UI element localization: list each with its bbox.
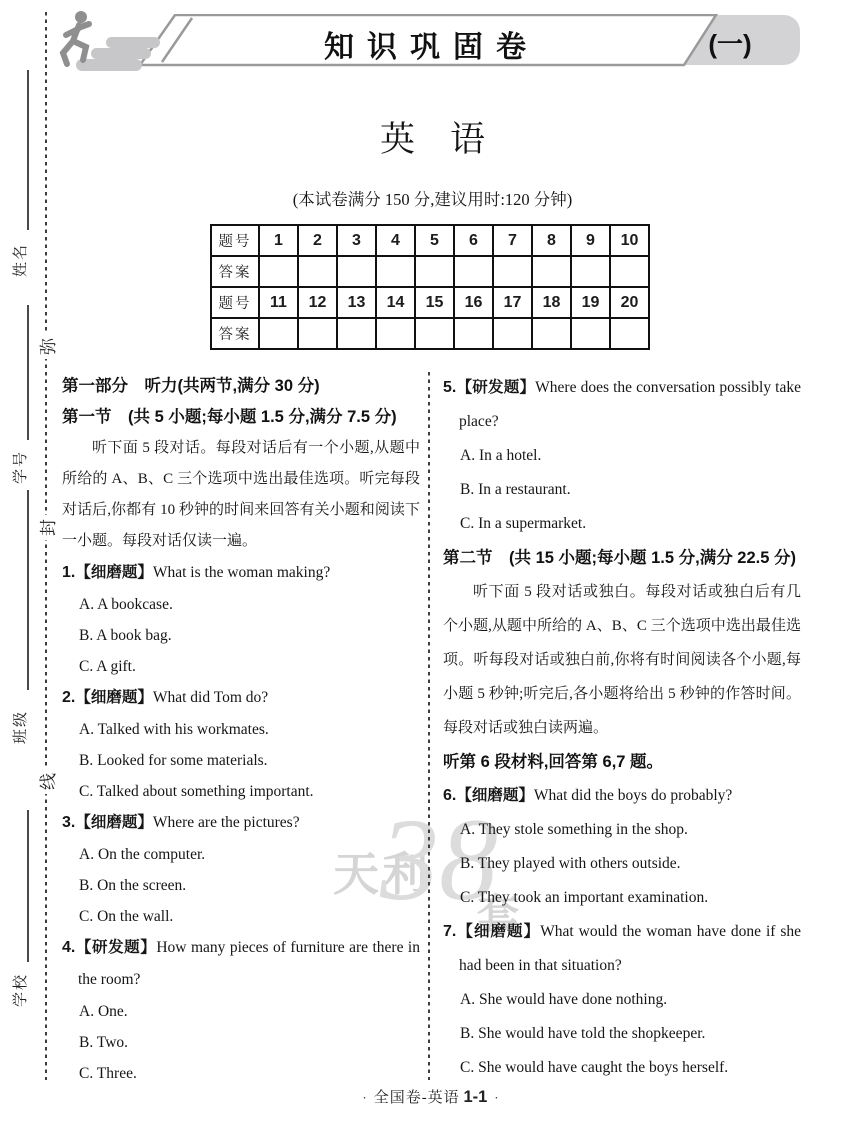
answer-cell	[454, 256, 493, 287]
question-4-option-a: A. One.	[62, 996, 420, 1027]
question-number-cell: 7	[493, 225, 532, 256]
answer-cell	[532, 318, 571, 349]
name-field-label: 姓名	[1, 242, 37, 278]
school-field-label: 学校	[1, 972, 37, 1008]
exam-info-subtitle: (本试卷满分 150 分,建议用时:120 分钟)	[65, 186, 800, 210]
question-2-option-c: C. Talked about something important.	[62, 776, 420, 807]
question-number-cell: 3	[337, 225, 376, 256]
question-7-stem-line: 7.【细磨题】What would the woman have done if…	[443, 915, 801, 983]
question-number: 7.	[443, 923, 456, 940]
footer-dot: ·	[362, 1090, 366, 1105]
question-number-cell: 4	[376, 225, 415, 256]
question-number-cell: 20	[610, 287, 649, 318]
question-number-cell: 18	[532, 287, 571, 318]
question-3-option-a: A. On the computer.	[62, 839, 420, 870]
answer-cell	[493, 256, 532, 287]
answer-cell	[337, 318, 376, 349]
class-field-label: 班级	[1, 709, 37, 745]
question-stem: What did the boys do probably?	[534, 787, 732, 804]
question-4: 4.【研发题】How many pieces of furniture are …	[62, 932, 420, 1089]
question-5-option-c: C. In a supermarket.	[443, 507, 801, 541]
footer-paper-label: 全国卷-英语	[374, 1090, 460, 1106]
question-number-cell: 16	[454, 287, 493, 318]
section2-instructions: 听下面 5 段对话或独白。每段对话或独白后有几个小题,从题中所给的 A、B、C …	[443, 575, 801, 745]
seal-char-xian: 线	[34, 769, 59, 794]
paper-number-badge: (一)	[674, 24, 786, 61]
seal-char-feng: 封	[34, 515, 59, 540]
question-4-stem-line: 4.【研发题】How many pieces of furniture are …	[62, 932, 420, 996]
answer-cell	[454, 318, 493, 349]
question-number-cell: 9	[571, 225, 610, 256]
answer-cell	[298, 318, 337, 349]
question-1-option-b: B. A book bag.	[62, 620, 420, 651]
question-stem: What did Tom do?	[153, 689, 268, 706]
answer-label: 答案	[211, 318, 259, 349]
section1-heading: 第一节 (共 5 小题;每小题 1.5 分,满分 7.5 分)	[62, 402, 420, 433]
question-5-option-b: B. In a restaurant.	[443, 473, 801, 507]
question-number: 3.	[62, 814, 75, 831]
answer-cell	[415, 256, 454, 287]
seal-field-line	[27, 490, 29, 690]
seal-field-line	[27, 810, 29, 962]
question-1-option-a: A. A bookcase.	[62, 589, 420, 620]
question-tag: 【研发题】	[75, 939, 156, 956]
section2-heading: 第二节 (共 15 小题;每小题 1.5 分,满分 22.5 分)	[443, 541, 801, 575]
question-6-option-b: B. They played with others outside.	[443, 847, 801, 881]
question-3-stem-line: 3.【细磨题】Where are the pictures?	[62, 807, 420, 839]
answer-cell	[259, 256, 298, 287]
answer-cell	[298, 256, 337, 287]
seal-field-line	[27, 305, 29, 440]
answer-row: 答案	[211, 318, 649, 349]
question-number-cell: 11	[259, 287, 298, 318]
question-tag: 【细磨题】	[456, 787, 534, 804]
question-7-option-c: C. She would have caught the boys hersel…	[443, 1051, 801, 1085]
question-1-option-c: C. A gift.	[62, 651, 420, 682]
question-5: 5.【研发题】Where does the conversation possi…	[443, 371, 801, 541]
answer-cell	[571, 318, 610, 349]
answer-table: 题号 1 2 3 4 5 6 7 8 9 10 答案 题号 11 12 13 1…	[210, 224, 650, 350]
question-number-label: 题号	[211, 225, 259, 256]
question-number-row: 题号 11 12 13 14 15 16 17 18 19 20	[211, 287, 649, 318]
question-number: 6.	[443, 787, 456, 804]
question-number-cell: 12	[298, 287, 337, 318]
seal-char-mi: 弥	[34, 334, 59, 359]
question-number-cell: 10	[610, 225, 649, 256]
question-2: 2.【细磨题】What did Tom do? A. Talked with h…	[62, 682, 420, 807]
seal-dashed-line	[45, 12, 47, 1080]
question-6: 6.【细磨题】What did the boys do probably? A.…	[443, 779, 801, 915]
question-3-option-c: C. On the wall.	[62, 901, 420, 932]
question-tag: 【细磨题】	[456, 923, 540, 940]
question-tag: 【研发题】	[456, 379, 535, 396]
question-number-cell: 6	[454, 225, 493, 256]
question-number-cell: 13	[337, 287, 376, 318]
exam-banner-title: 知识巩固卷	[145, 22, 705, 62]
question-number-cell: 8	[532, 225, 571, 256]
question-1-stem-line: 1.【细磨题】What is the woman making?	[62, 557, 420, 589]
page-footer: ·全国卷-英语 1-1·	[0, 1086, 861, 1107]
question-7-option-a: A. She would have done nothing.	[443, 983, 801, 1017]
question-stem: What is the woman making?	[153, 564, 330, 581]
question-5-stem-line: 5.【研发题】Where does the conversation possi…	[443, 371, 801, 439]
footer-page-number: 1-1	[463, 1088, 487, 1106]
question-6-option-a: A. They stole something in the shop.	[443, 813, 801, 847]
question-7: 7.【细磨题】What would the woman have done if…	[443, 915, 801, 1085]
answer-cell	[259, 318, 298, 349]
left-column: 第一部分 听力(共两节,满分 30 分) 第一节 (共 5 小题;每小题 1.5…	[62, 371, 420, 1089]
question-4-option-b: B. Two.	[62, 1027, 420, 1058]
answer-cell	[337, 256, 376, 287]
answer-cell	[493, 318, 532, 349]
question-tag: 【细磨题】	[75, 564, 153, 581]
subject-title: 英 语	[65, 112, 800, 162]
answer-cell	[376, 318, 415, 349]
question-5-option-a: A. In a hotel.	[443, 439, 801, 473]
answer-cell	[532, 256, 571, 287]
question-2-option-b: B. Looked for some materials.	[62, 745, 420, 776]
question-stem: Where are the pictures?	[153, 814, 300, 831]
answer-label: 答案	[211, 256, 259, 287]
answer-cell	[415, 318, 454, 349]
question-3-option-b: B. On the screen.	[62, 870, 420, 901]
question-7-option-b: B. She would have told the shopkeeper.	[443, 1017, 801, 1051]
question-1: 1.【细磨题】What is the woman making? A. A bo…	[62, 557, 420, 682]
question-number-cell: 15	[415, 287, 454, 318]
answer-cell	[610, 256, 649, 287]
question-tag: 【细磨题】	[75, 689, 153, 706]
question-number-cell: 14	[376, 287, 415, 318]
right-column: 5.【研发题】Where does the conversation possi…	[443, 371, 801, 1085]
question-number: 2.	[62, 689, 75, 706]
question-6-stem-line: 6.【细磨题】What did the boys do probably?	[443, 779, 801, 813]
question-2-option-a: A. Talked with his workmates.	[62, 714, 420, 745]
question-number: 5.	[443, 379, 456, 396]
question-number-cell: 5	[415, 225, 454, 256]
question-4-option-c: C. Three.	[62, 1058, 420, 1089]
question-number-cell: 19	[571, 287, 610, 318]
question-number-cell: 2	[298, 225, 337, 256]
answer-cell	[571, 256, 610, 287]
question-6-option-c: C. They took an important examination.	[443, 881, 801, 915]
question-number-row: 题号 1 2 3 4 5 6 7 8 9 10	[211, 225, 649, 256]
question-number-cell: 1	[259, 225, 298, 256]
question-number: 1.	[62, 564, 75, 581]
column-divider-line	[428, 372, 430, 1080]
question-number-label: 题号	[211, 287, 259, 318]
part1-heading: 第一部分 听力(共两节,满分 30 分)	[62, 371, 420, 402]
question-number: 4.	[62, 939, 75, 956]
material-6-note: 听第 6 段材料,回答第 6,7 题。	[443, 745, 801, 779]
question-2-stem-line: 2.【细磨题】What did Tom do?	[62, 682, 420, 714]
question-tag: 【细磨题】	[75, 814, 153, 831]
question-3: 3.【细磨题】Where are the pictures? A. On the…	[62, 807, 420, 932]
question-number-cell: 17	[493, 287, 532, 318]
footer-dot: ·	[494, 1090, 498, 1105]
student-id-field-label: 学号	[1, 449, 37, 485]
answer-row: 答案	[211, 256, 649, 287]
answer-cell	[610, 318, 649, 349]
answer-cell	[376, 256, 415, 287]
seal-field-line	[27, 70, 29, 230]
section1-instructions: 听下面 5 段对话。每段对话后有一个小题,从题中所给的 A、B、C 三个选项中选…	[62, 433, 420, 557]
